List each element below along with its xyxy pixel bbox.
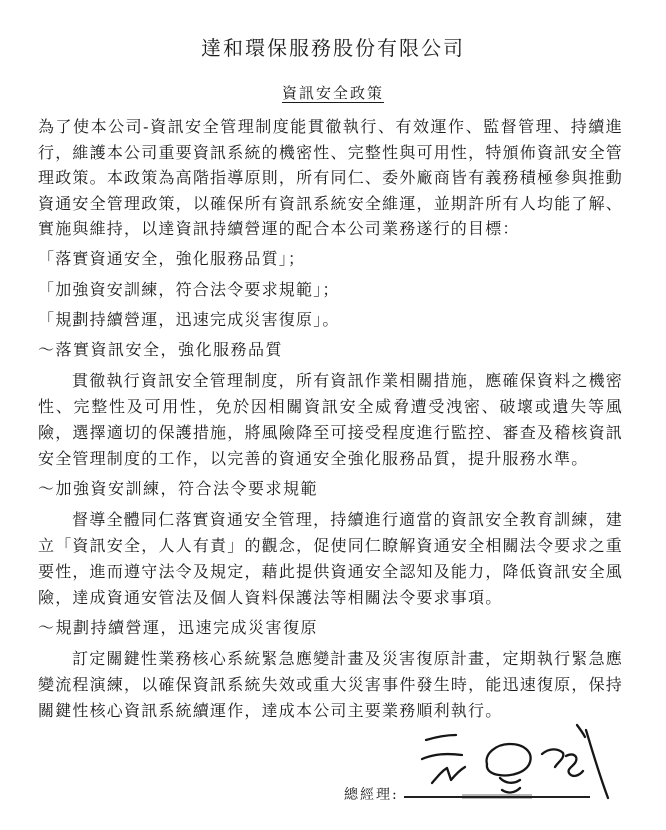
section-heading-2: ～加強資安訓練，符合法令要求規範 — [38, 476, 623, 502]
section-disaster-recovery: ～規劃持續營運，迅速完成災害復原 訂定關鍵性業務核心系統緊急應變計畫及災害復原計… — [38, 615, 623, 724]
section-service-quality: ～落實資訊安全，強化服務品質 貫徹執行資訊安全管理制度，所有資訊作業相關措施，應… — [38, 337, 623, 472]
policy-document-page: 達和環保服務股份有限公司 資訊安全政策 為了使本公司-資訊安全管理制度能貫徹執行… — [0, 0, 666, 830]
section-paragraph-1: 貫徹執行資訊安全管理制度，所有資訊作業相關措施，應確保資料之機密性、完整性及可用… — [38, 368, 623, 472]
goal-line-3: 「規劃持續營運，迅速完成災害復原」。 — [38, 307, 623, 333]
general-manager-label: 總經理: — [344, 784, 399, 804]
document-title: 資訊安全政策 — [0, 82, 666, 104]
signature-handwriting-icon — [396, 714, 631, 806]
section-heading-3: ～規劃持續營運，迅速完成災害復原 — [38, 615, 623, 641]
signature-block: 總經理: — [0, 710, 666, 810]
document-body: 為了使本公司-資訊安全管理制度能貫徹執行、有效運作、監督管理、持續進行，維護本公… — [38, 114, 623, 724]
intro-paragraph: 為了使本公司-資訊安全管理制度能貫徹執行、有效運作、監督管理、持續進行，維護本公… — [38, 114, 623, 242]
section-heading-1: ～落實資訊安全，強化服務品質 — [38, 337, 623, 363]
goal-line-1: 「落實資通安全，強化服務品質」； — [38, 246, 623, 272]
company-title: 達和環保服務股份有限公司 — [0, 34, 666, 62]
section-training: ～加強資安訓練，符合法令要求規範 督導全體同仁落實資通安全管理，持續進行適當的資… — [38, 476, 623, 611]
section-paragraph-2: 督導全體同仁落實資通安全管理，持續進行適當的資訊安全教育訓練，建立「資訊安全，人… — [38, 507, 623, 611]
policy-goals: 「落實資通安全，強化服務品質」； 「加強資安訓練，符合法令要求規範」； 「規劃持… — [38, 246, 623, 333]
goal-line-2: 「加強資安訓練，符合法令要求規範」； — [38, 277, 623, 303]
